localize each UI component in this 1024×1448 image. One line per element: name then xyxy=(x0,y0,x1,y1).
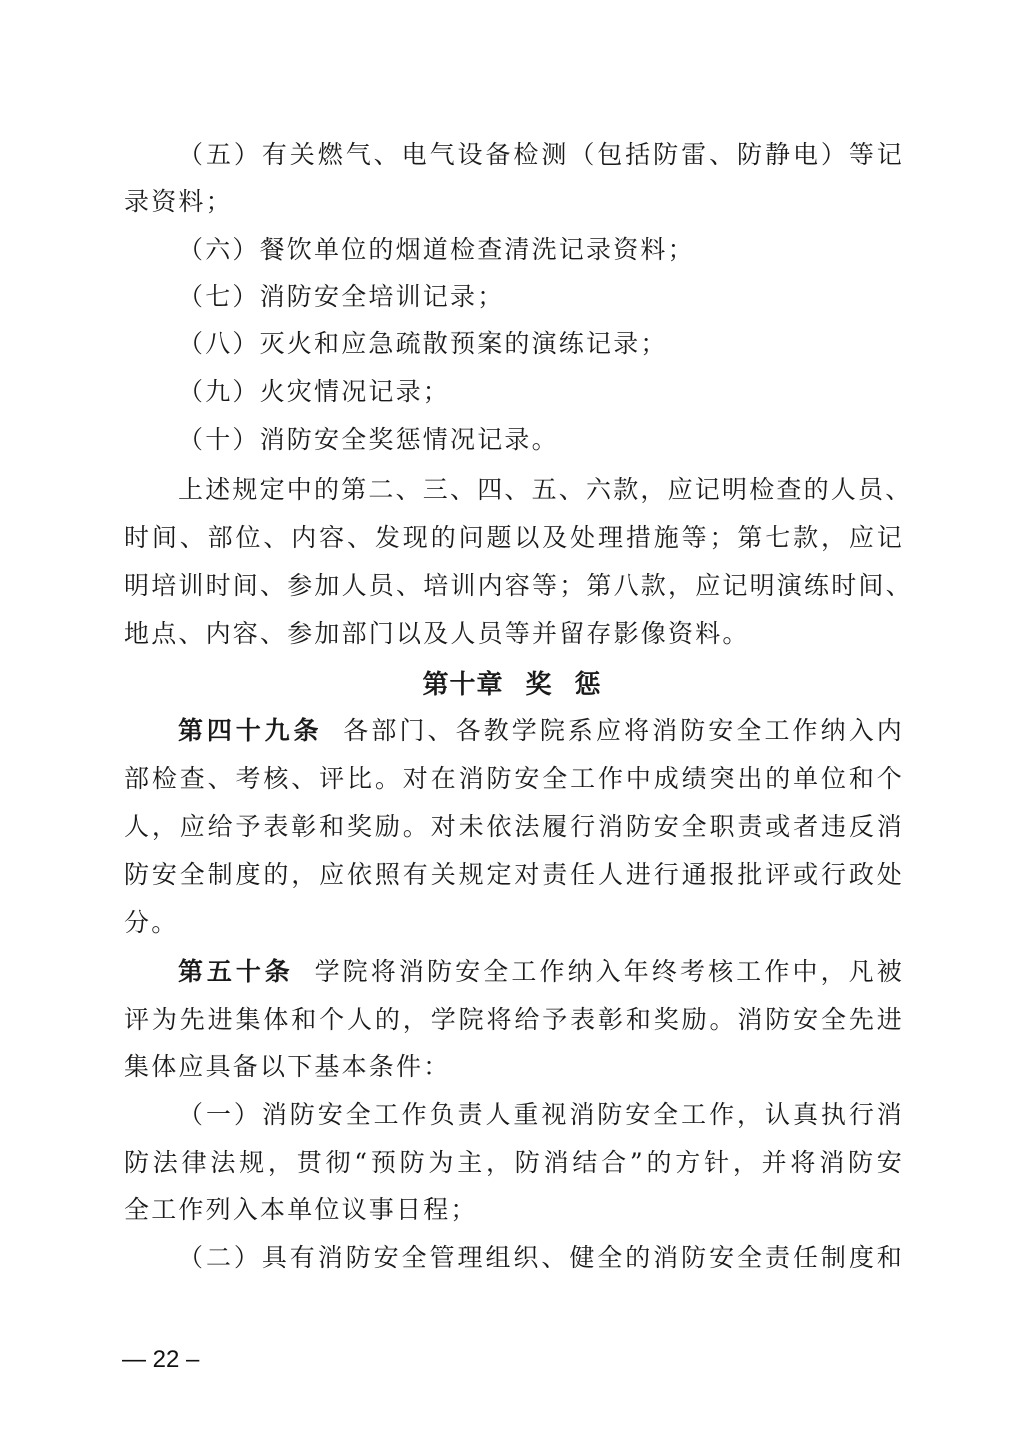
condition-1: （一）消防安全工作负责人重视消防安全工作，认真执行消 xyxy=(178,1095,904,1135)
article-49-line: 部检查、考核、评比。对在消防安全工作中成绩突出的单位和个 xyxy=(124,759,904,799)
paragraph-line: 上述规定中的第二、三、四、五、六款，应记明检查的人员、 xyxy=(178,470,904,510)
list-item-7: （七）消防安全培训记录； xyxy=(178,277,904,317)
paragraph-line: 明培训时间、参加人员、培训内容等；第八款，应记明演练时间、 xyxy=(124,566,904,606)
list-item-8: （八）灭火和应急疏散预案的演练记录； xyxy=(178,324,904,364)
chapter-title-char-1: 奖 xyxy=(525,670,552,700)
paragraph-line: 地点、内容、参加部门以及人员等并留存影像资料。 xyxy=(124,614,904,654)
article-49-line: 分。 xyxy=(124,903,904,943)
list-item-6: （六）餐饮单位的烟道检查清洗记录资料； xyxy=(178,230,904,270)
article-50-label: 第五十条 xyxy=(178,957,294,986)
article-49-line: 人，应给予表彰和奖励。对未依法履行消防安全职责或者违反消 xyxy=(124,807,904,847)
article-50-line: 集体应具备以下基本条件： xyxy=(124,1047,904,1087)
chapter-title-char-2: 惩 xyxy=(575,670,602,700)
article-49-text: 各部门、各教学院系应将消防安全工作纳入内 xyxy=(342,716,904,745)
page-number: — 22 – xyxy=(122,1346,199,1374)
chapter-number: 第十章 xyxy=(422,670,503,700)
list-item-5: （五）有关燃气、电气设备检测（包括防雷、防静电）等记 xyxy=(178,135,904,175)
article-49-line: 防安全制度的，应依照有关规定对责任人进行通报批评或行政处 xyxy=(124,855,904,895)
paragraph-line: 时间、部位、内容、发现的问题以及处理措施等；第七款，应记 xyxy=(124,518,904,558)
article-49-first-line: 第四十九条各部门、各教学院系应将消防安全工作纳入内 xyxy=(178,711,904,751)
condition-1-cont: 防法律法规，贯彻“预防为主，防消结合”的方针，并将消防安 xyxy=(124,1143,904,1183)
chapter-heading: 第十章奖惩 xyxy=(0,665,1024,705)
condition-2: （二）具有消防安全管理组织、健全的消防安全责任制度和 xyxy=(178,1238,904,1278)
list-item-10: （十）消防安全奖惩情况记录。 xyxy=(178,420,904,460)
condition-1-cont: 全工作列入本单位议事日程； xyxy=(124,1190,904,1230)
article-50-text: 学院将消防安全工作纳入年终考核工作中，凡被 xyxy=(314,957,904,986)
list-item-9: （九）火灾情况记录； xyxy=(178,372,904,412)
article-50-first-line: 第五十条学院将消防安全工作纳入年终考核工作中，凡被 xyxy=(178,952,904,992)
list-item-5-cont: 录资料； xyxy=(124,182,904,222)
article-49-label: 第四十九条 xyxy=(178,716,322,745)
article-50-line: 评为先进集体和个人的，学院将给予表彰和奖励。消防安全先进 xyxy=(124,1000,904,1040)
